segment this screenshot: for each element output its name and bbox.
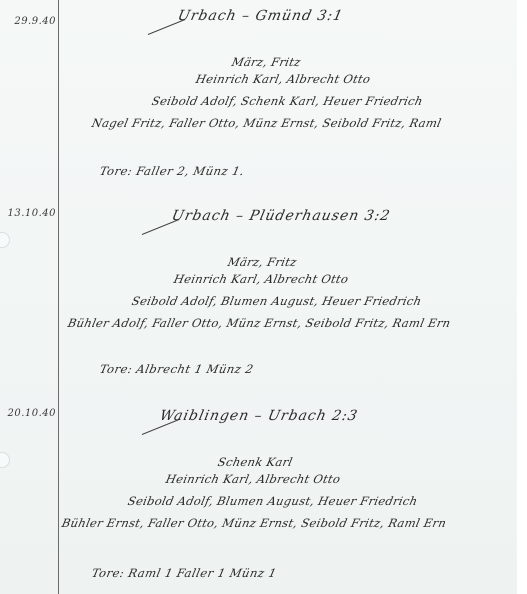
lineup-midfield: Seibold Adolf, Blumen August, Heuer Frie…	[131, 294, 423, 308]
match-date: 20.10.40	[4, 408, 56, 419]
lineup-midfield: Seibold Adolf, Blumen August, Heuer Frie…	[127, 494, 419, 508]
goal-scorers: Tore: Albrecht 1 Münz 2	[99, 362, 255, 376]
lineup-defenders: Heinrich Karl, Albrecht Otto	[165, 472, 342, 486]
goal-scorers: Tore: Faller 2, Münz 1.	[99, 164, 246, 178]
lineup-goalkeeper: März, Fritz	[227, 255, 299, 269]
match-header: Urbach – Gmünd 3:1	[176, 8, 344, 24]
lineup-defenders: Heinrich Karl, Albrecht Otto	[195, 72, 372, 86]
lineup-forwards: Bühler Ernst, Faller Otto, Münz Ernst, S…	[61, 516, 448, 530]
lineup-goalkeeper: März, Fritz	[231, 55, 303, 69]
scan-edge	[517, 0, 527, 594]
match-date: 13.10.40	[4, 208, 56, 219]
goal-scorers: Tore: Raml 1 Faller 1 Münz 1	[91, 566, 278, 580]
match-date: 29.9.40	[4, 16, 56, 27]
lineup-forwards: Nagel Fritz, Faller Otto, Münz Ernst, Se…	[91, 116, 443, 130]
lineup-defenders: Heinrich Karl, Albrecht Otto	[173, 272, 350, 286]
lineup-midfield: Seibold Adolf, Schenk Karl, Heuer Friedr…	[151, 94, 425, 108]
lineup-goalkeeper: Schenk Karl	[217, 455, 294, 469]
match-header: Waiblingen – Urbach 2:3	[158, 408, 359, 424]
margin-rule	[58, 0, 59, 594]
match-header: Urbach – Plüderhausen 3:2	[170, 208, 392, 224]
lineup-forwards: Bühler Adolf, Faller Otto, Münz Ernst, S…	[67, 316, 452, 330]
